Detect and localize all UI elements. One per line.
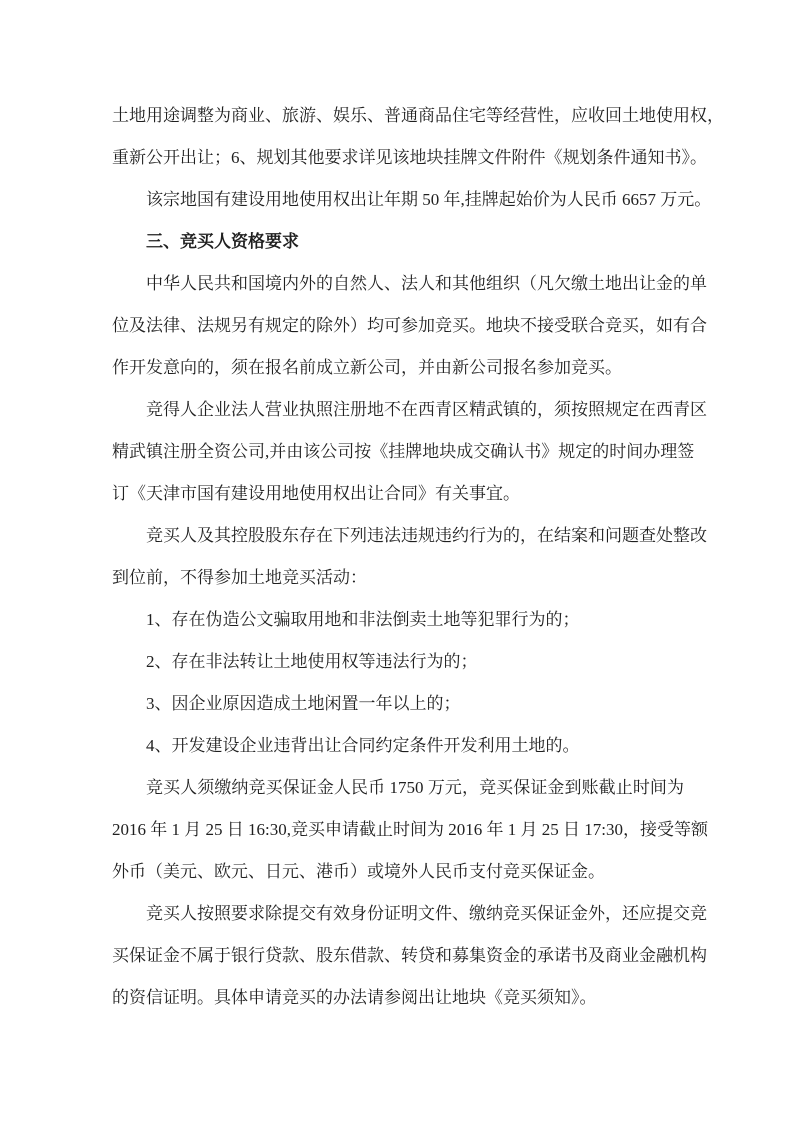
paragraph-grant-term-and-start-price: 该宗地国有建设用地使用权出让年期 50 年,挂牌起始价为人民币 6657 万元。 xyxy=(112,179,684,221)
text-line: 2、存在非法转让土地使用权等违法行为的； xyxy=(112,641,684,683)
paragraph-registration-requirement: 竞得人企业法人营业执照注册地不在西青区精武镇的，须按照规定在西青区精武镇注册全资… xyxy=(112,389,684,515)
paragraph-violation-restrictions-intro: 竞买人及其控股股东存在下列违法违规违约行为的，在结案和问题查处整改到位前，不得参… xyxy=(112,515,684,599)
text-line: 土地用途调整为商业、旅游、娱乐、普通商品住宅等经营性，应收回土地使用权， xyxy=(112,95,684,137)
document-body: 土地用途调整为商业、旅游、娱乐、普通商品住宅等经营性，应收回土地使用权，重新公开… xyxy=(112,95,684,1019)
text-line: 竞买人按照要求除提交有效身份证明文件、缴纳竞买保证金外，还应提交竞 xyxy=(112,893,684,935)
section-heading-bidder-qualification: 三、竞买人资格要求 xyxy=(112,221,684,263)
text-line: 的资信证明。具体申请竞买的办法请参阅出让地块《竞买须知》。 xyxy=(112,977,684,1019)
document-page: 土地用途调整为商业、旅游、娱乐、普通商品住宅等经营性，应收回土地使用权，重新公开… xyxy=(0,0,794,1123)
text-line: 竞买人须缴纳竞买保证金人民币 1750 万元，竞买保证金到账截止时间为 xyxy=(112,767,684,809)
paragraph-land-use-continuation: 土地用途调整为商业、旅游、娱乐、普通商品住宅等经营性，应收回土地使用权，重新公开… xyxy=(112,95,684,179)
text-line: 到位前，不得参加土地竞买活动： xyxy=(112,557,684,599)
text-line: 竞得人企业法人营业执照注册地不在西青区精武镇的，须按照规定在西青区 xyxy=(112,389,684,431)
text-line: 外币（美元、欧元、日元、港币）或境外人民币支付竞买保证金。 xyxy=(112,851,684,893)
list-item-2: 2、存在非法转让土地使用权等违法行为的； xyxy=(112,641,684,683)
list-item-4: 4、开发建设企业违背出让合同约定条件开发利用土地的。 xyxy=(112,725,684,767)
list-item-3: 3、因企业原因造成土地闲置一年以上的； xyxy=(112,683,684,725)
text-line: 4、开发建设企业违背出让合同约定条件开发利用土地的。 xyxy=(112,725,684,767)
text-line: 1、存在伪造公文骗取用地和非法倒卖土地等犯罪行为的； xyxy=(112,599,684,641)
text-line: 精武镇注册全资公司,并由该公司按《挂牌地块成交确认书》规定的时间办理签 xyxy=(112,431,684,473)
text-line: 订《天津市国有建设用地使用权出让合同》有关事宜。 xyxy=(112,473,684,515)
text-line: 重新公开出让；6、规划其他要求详见该地块挂牌文件附件《规划条件通知书》。 xyxy=(112,137,684,179)
paragraph-deposit-and-deadlines: 竞买人须缴纳竞买保证金人民币 1750 万元，竞买保证金到账截止时间为2016 … xyxy=(112,767,684,893)
paragraph-eligible-bidders: 中华人民共和国境内外的自然人、法人和其他组织（凡欠缴土地出让金的单位及法律、法规… xyxy=(112,263,684,389)
text-line: 2016 年 1 月 25 日 16:30,竞买申请截止时间为 2016 年 1… xyxy=(112,809,684,851)
paragraph-required-documents: 竞买人按照要求除提交有效身份证明文件、缴纳竞买保证金外，还应提交竞买保证金不属于… xyxy=(112,893,684,1019)
text-line: 中华人民共和国境内外的自然人、法人和其他组织（凡欠缴土地出让金的单 xyxy=(112,263,684,305)
text-line: 3、因企业原因造成土地闲置一年以上的； xyxy=(112,683,684,725)
text-line: 该宗地国有建设用地使用权出让年期 50 年,挂牌起始价为人民币 6657 万元。 xyxy=(112,179,684,221)
text-line: 位及法律、法规另有规定的除外）均可参加竞买。地块不接受联合竞买，如有合 xyxy=(112,305,684,347)
text-line: 作开发意向的，须在报名前成立新公司，并由新公司报名参加竞买。 xyxy=(112,347,684,389)
section-heading-text: 三、竞买人资格要求 xyxy=(112,221,684,263)
list-item-1: 1、存在伪造公文骗取用地和非法倒卖土地等犯罪行为的； xyxy=(112,599,684,641)
text-line: 买保证金不属于银行贷款、股东借款、转贷和募集资金的承诺书及商业金融机构 xyxy=(112,935,684,977)
text-line: 竞买人及其控股股东存在下列违法违规违约行为的，在结案和问题查处整改 xyxy=(112,515,684,557)
